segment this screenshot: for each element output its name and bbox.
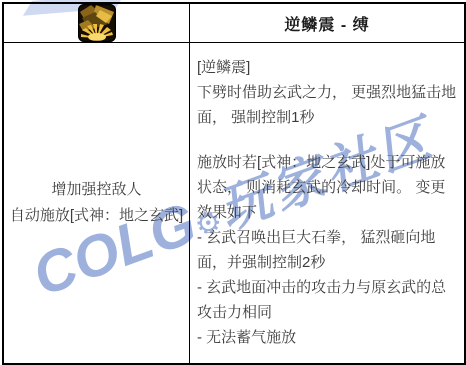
skill-description-para1: 下劈时借助玄武之力， 更强烈地猛击地面， 强制控制1秒: [197, 80, 458, 130]
skill-effect-bullet: - 无法蓄气施放: [197, 325, 458, 350]
skill-description-cell: [逆鳞震] 下劈时借助玄武之力， 更强烈地猛击地面， 强制控制1秒 施放时若[式…: [190, 43, 464, 363]
skill-summary-line2: 自动施放[式神：地之玄武]: [10, 203, 183, 229]
skill-table: 逆鳞震 - 缚 增加强控敌人 自动施放[式神：地之玄武] [逆鳞震] 下劈时借助…: [2, 2, 466, 365]
skill-summary-line1: 增加强控敌人: [51, 177, 141, 203]
skill-effect-bullet: - 玄武召唤出巨大石拳， 猛烈砸向地面，并强制控制2秒: [197, 225, 458, 275]
skill-title: 逆鳞震 - 缚: [190, 4, 464, 43]
skill-name-heading: [逆鳞震]: [197, 55, 458, 80]
skill-icon: [78, 4, 116, 42]
skill-icon-cell: [4, 4, 190, 43]
skill-description-para2: 施放时若[式神：地之玄武]处于可施放状态， 则消耗玄武的冷却时间。 变更效果如下: [197, 150, 458, 225]
skill-effect-bullet: - 玄武地面冲击的攻击力与原玄武的总攻击力相同: [197, 275, 458, 325]
skill-summary-cell: 增加强控敌人 自动施放[式神：地之玄武]: [4, 43, 190, 363]
